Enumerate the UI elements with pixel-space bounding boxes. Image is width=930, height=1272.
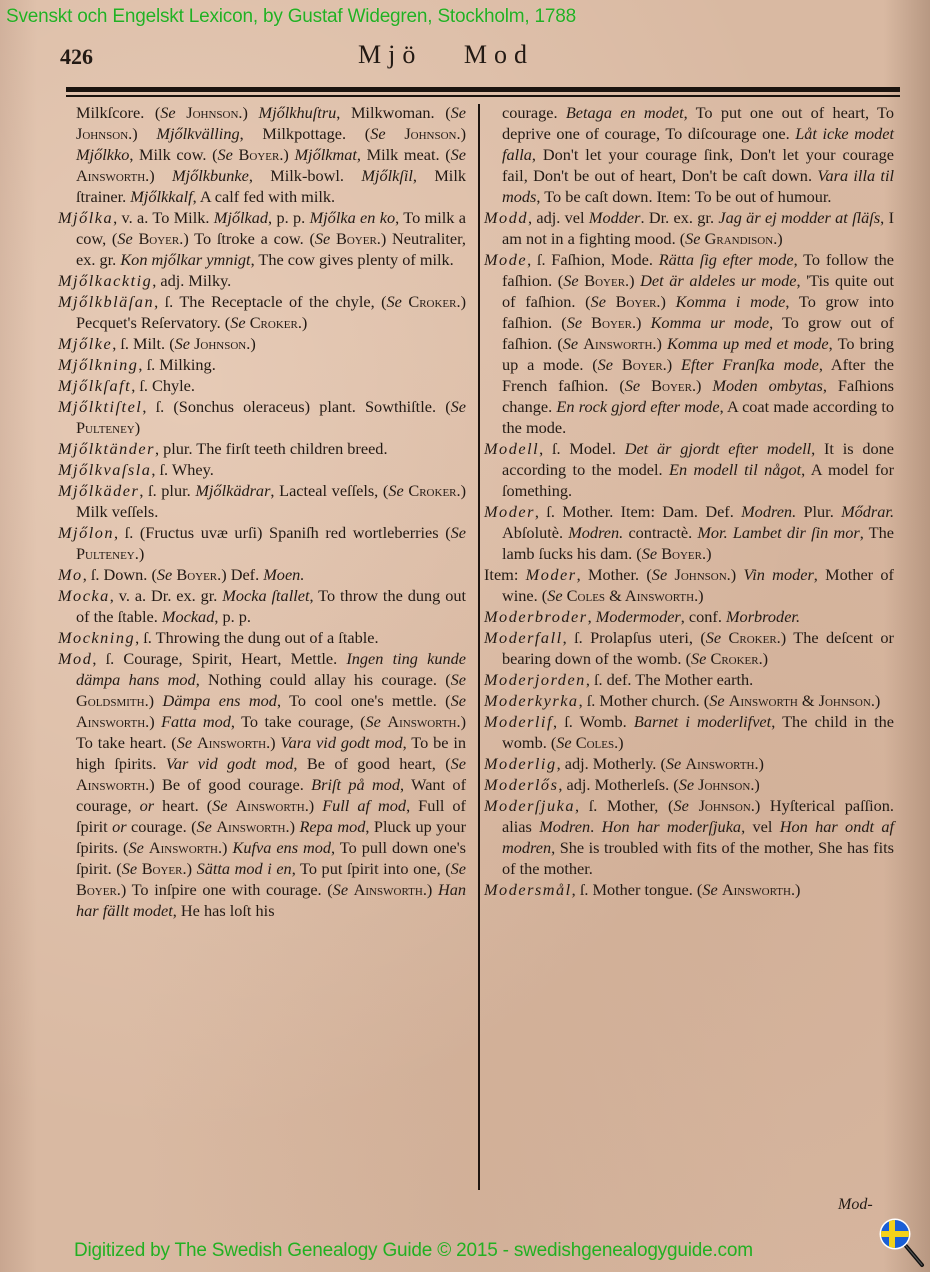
dictionary-entry: Mjőlkäder, ſ. plur. Mjőlkädrar, Lacteal …: [58, 480, 466, 522]
dictionary-entry: Moderlif, ſ. Womb. Barnet i moderlifvet,…: [484, 711, 894, 753]
dictionary-entry: Item: Moder, Mother. (Se Johnson.) Vin m…: [484, 564, 894, 606]
header-rule: [66, 87, 900, 97]
column-divider: [478, 104, 480, 1190]
right-column: courage. Betaga en modet, To put one out…: [484, 102, 894, 900]
dictionary-entry: courage. Betaga en modet, To put one out…: [484, 102, 894, 207]
dictionary-entry: Moderkyrka, ſ. Mother church. (Se Ainswo…: [484, 690, 894, 711]
footer-credit: Digitized by The Swedish Genealogy Guide…: [74, 1240, 753, 1262]
banner-title: Svenskt och Engelskt Lexicon, by Gustaf …: [6, 6, 576, 28]
dictionary-entry: Moderlig, adj. Motherly. (Se Ainsworth.): [484, 753, 894, 774]
dictionary-entry: Mjőlkacktig, adj. Milky.: [58, 270, 466, 291]
dictionary-entry: Modersmål, ſ. Mother tongue. (Se Ainswor…: [484, 879, 894, 900]
dictionary-entry: Modd, adj. vel Modder. Dr. ex. gr. Jag ä…: [484, 207, 894, 249]
dictionary-entry: Mockning, ſ. Throwing the dung out of a …: [58, 627, 466, 648]
dictionary-entry: Mjőlon, ſ. (Fructus uvæ urſi) Spaniſh re…: [58, 522, 466, 564]
dictionary-entry: Mjőlke, ſ. Milt. (Se Johnson.): [58, 333, 466, 354]
running-head: Mjö Mod: [358, 40, 562, 70]
swedish-flag-magnifier-icon: [876, 1216, 926, 1268]
dictionary-entry: Mjőlktiſtel, ſ. (Sonchus oleraceus) plan…: [58, 396, 466, 438]
running-head-left: Mjö: [358, 40, 422, 69]
dictionary-entry: Mocka, v. a. Dr. ex. gr. Mocka ſtallet, …: [58, 585, 466, 627]
dictionary-entry: Mjőlkbläſan, ſ. The Receptacle of the ch…: [58, 291, 466, 333]
dictionary-entry: Moderfall, ſ. Prolapſus uteri, (Se Croke…: [484, 627, 894, 669]
dictionary-entry: Mo, ſ. Down. (Se Boyer.) Def. Moen.: [58, 564, 466, 585]
dictionary-entry: Moderbroder, Modermoder, conf. Morbroder…: [484, 606, 894, 627]
dictionary-entry: Milkſcore. (Se Johnson.) Mjőlkhuſtru, Mi…: [58, 102, 466, 207]
dictionary-entry: Moder, ſ. Mother. Item: Dam. Def. Modren…: [484, 501, 894, 564]
dictionary-entry: Modell, ſ. Model. Det är gjordt efter mo…: [484, 438, 894, 501]
dictionary-entry: Mjőlkſaft, ſ. Chyle.: [58, 375, 466, 396]
left-column: Milkſcore. (Se Johnson.) Mjőlkhuſtru, Mi…: [58, 102, 466, 921]
dictionary-entry: Mjőlka, v. a. To Milk. Mjőlkad, p. p. Mj…: [58, 207, 466, 270]
dictionary-entry: Mjőlktänder, plur. The firſt teeth child…: [58, 438, 466, 459]
dictionary-entry: Mod, ſ. Courage, Spirit, Heart, Mettle. …: [58, 648, 466, 921]
dictionary-entry: Mjőlkning, ſ. Milking.: [58, 354, 466, 375]
dictionary-entry: Mjőlkvaſsla, ſ. Whey.: [58, 459, 466, 480]
dictionary-entry: Mode, ſ. Faſhion, Mode. Rätta ſig efter …: [484, 249, 894, 438]
dictionary-entry: Moderlős, adj. Motherleſs. (Se Johnson.): [484, 774, 894, 795]
dictionary-entry: Moderjorden, ſ. def. The Mother earth.: [484, 669, 894, 690]
dictionary-entry: Moderſjuka, ſ. Mother, (Se Johnson.) Hyſ…: [484, 795, 894, 879]
page-number: 426: [60, 44, 93, 70]
running-head-right: Mod: [464, 40, 534, 69]
catchword: Mod-: [838, 1196, 873, 1214]
